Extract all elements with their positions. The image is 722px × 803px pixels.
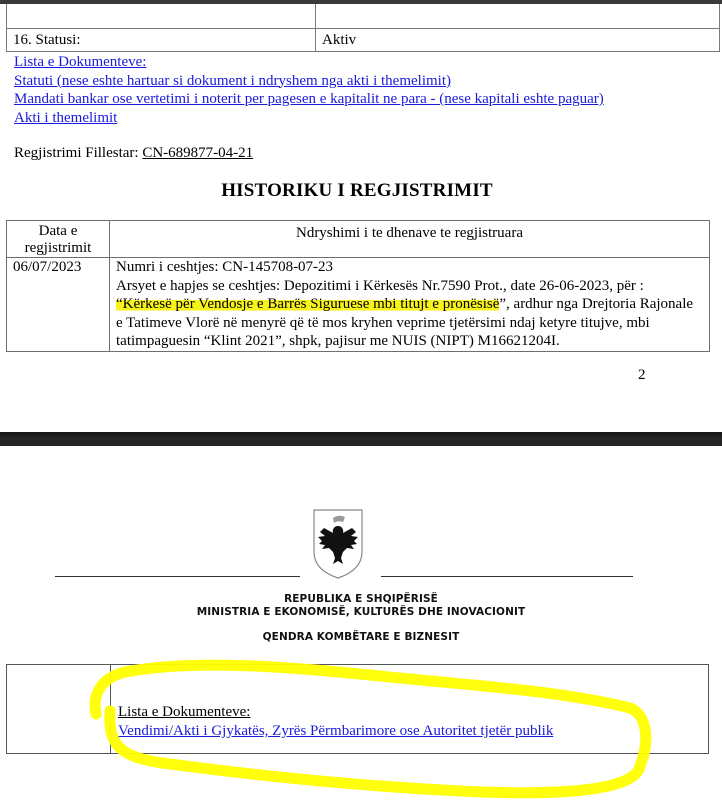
status-value: Aktiv: [316, 29, 720, 52]
initial-registration-label: Regjistrimi Fillestar:: [14, 145, 139, 161]
history-changes: Numri i ceshtjes: CN-145708-07-23 Arsyet…: [110, 258, 710, 352]
document-link-mandati-bankar[interactable]: Mandati bankar ose vertetimi i noterit p…: [14, 90, 604, 109]
document-link-akti-themelimit[interactable]: Akti i themelimit: [14, 109, 604, 128]
header-changes: Ndryshimi i te dhenave te regjistruara: [110, 221, 710, 258]
documents-list-page3: Lista e Dokumenteve: Vendimi/Akti i Gjyk…: [118, 703, 553, 741]
document-page-3: REPUBLIKA E SHQIPËRISË MINISTRIA E EKONO…: [0, 446, 722, 803]
org-ministry: MINISTRIA E EKONOMISË, KULTURËS DHE INOV…: [0, 606, 722, 618]
document-link-statuti[interactable]: Statuti (nese eshte hartuar si dokument …: [14, 72, 604, 91]
documents-list: Lista e Dokumenteve: Statuti (nese eshte…: [14, 53, 604, 127]
case-number: Numri i ceshtjes: CN-145708-07-23: [116, 258, 703, 277]
column-divider: [110, 665, 111, 753]
header-date: Data e regjistrimit: [7, 221, 110, 258]
status-label: 16. Statusi:: [7, 29, 316, 52]
documents-heading: Lista e Dokumenteve:: [118, 703, 553, 722]
history-table: Data e regjistrimit Ndryshimi i te dhena…: [6, 220, 710, 352]
viewer-top-edge: [0, 0, 722, 4]
initial-registration: Regjistrimi Fillestar: CN-689877-04-21: [14, 145, 253, 162]
header-rule-right: [381, 576, 633, 577]
table-row: 06/07/2023 Numri i ceshtjes: CN-145708-0…: [7, 258, 710, 352]
history-header-row: Data e regjistrimit Ndryshimi i te dhena…: [7, 221, 710, 258]
page-number: 2: [638, 367, 646, 384]
org-republic: REPUBLIKA E SHQIPËRISË: [0, 593, 722, 605]
table-row: 15. Adresa qe tjetersim vdhcndim E-mail:…: [7, 0, 720, 29]
history-title: HISTORIKU I REGJISTRIMIT: [0, 180, 722, 202]
albania-coat-of-arms-icon: [312, 508, 364, 580]
highlighted-text: “Kërkesë për Vendosje e Barrës Siguruese…: [116, 296, 499, 312]
field-value: E-mail: klint2021shpk@gmail.com: [316, 0, 720, 29]
document-link-vendimi-gjykates[interactable]: Vendimi/Akti i Gjykatës, Zyrës Përmbarim…: [118, 722, 553, 741]
case-reasons: Arsyet e hapjes se ceshtjes: Depozitimi …: [116, 277, 703, 351]
documents-box: Lista e Dokumenteve: Vendimi/Akti i Gjyk…: [6, 664, 709, 754]
field-label: 15. Adresa qe tjetersim vdhcndim: [7, 0, 316, 29]
table-row-status: 16. Statusi: Aktiv: [7, 29, 720, 52]
initial-registration-value: CN-689877-04-21: [142, 145, 253, 161]
document-page-2: 15. Adresa qe tjetersim vdhcndim E-mail:…: [0, 0, 722, 432]
org-business-center: QENDRA KOMBËTARE E BIZNESIT: [0, 631, 722, 643]
history-date: 06/07/2023: [7, 258, 110, 352]
header-rule-left: [55, 576, 300, 577]
page-separator: [0, 432, 722, 446]
company-details-table: 15. Adresa qe tjetersim vdhcndim E-mail:…: [6, 0, 720, 52]
documents-heading-link[interactable]: Lista e Dokumenteve:: [14, 53, 604, 72]
